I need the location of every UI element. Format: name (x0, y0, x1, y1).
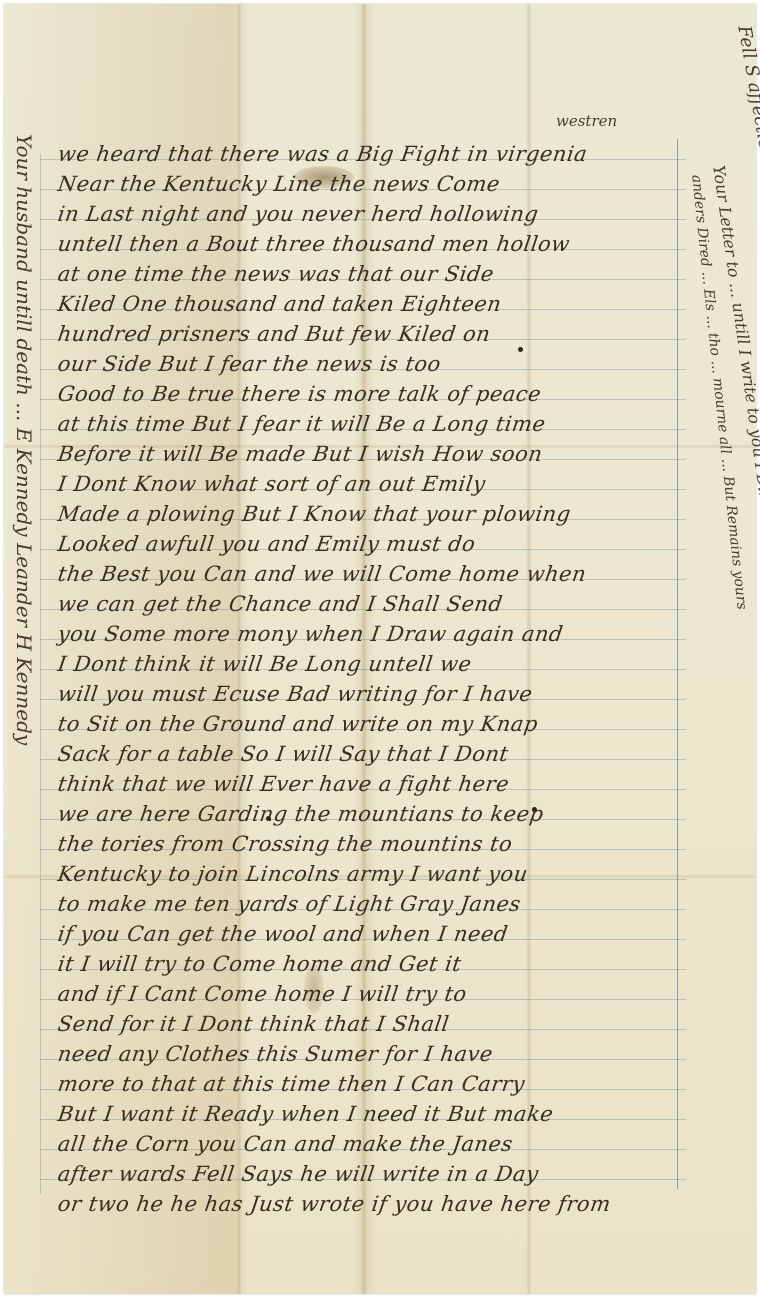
fold-crease (236, 4, 242, 1294)
letter-line: in Last night and you never herd hollowi… (56, 202, 540, 226)
letter-line: you Some more mony when I Draw again and (56, 622, 564, 646)
letter-line: Kiled One thousand and taken Eighteen (56, 292, 503, 316)
letter-line: at one time the news was that our Side (56, 262, 495, 286)
letter-line: will you must Ecuse Bad writing for I ha… (56, 682, 534, 706)
letter-line: hundred prisners and But few Kiled on (56, 322, 492, 346)
letter-line: we are here Garding the mountians to kee… (56, 802, 545, 826)
letter-line: Kentucky to join Lincolns army I want yo… (56, 862, 529, 886)
letter-line: think that we will Ever have a fight her… (56, 772, 510, 796)
letter-line: our Side But I fear the news is too (56, 352, 442, 376)
letter-line: after wards Fell Says he will write in a… (56, 1162, 540, 1186)
letter-line: it I will try to Come home and Get it (56, 952, 463, 976)
pin-hole (518, 347, 523, 352)
letter-line: more to that at this time then I Can Car… (56, 1072, 526, 1096)
letter-line: Looked awfull you and Emily must do (56, 532, 477, 556)
letter-line: untell then a Bout three thousand men ho… (56, 232, 571, 256)
letter-line: if you Can get the wool and when I need (56, 922, 509, 946)
letter-line: and if I Cant Come home I will try to (56, 982, 468, 1006)
letter-line: Before it will Be made But I wish How so… (56, 442, 544, 466)
left-margin-signature: Your husband untill death ... E Kennedy … (12, 134, 36, 745)
letter-line: the Best you Can and we will Come home w… (56, 562, 588, 586)
letter-line: to make me ten yards of Light Gray Janes (56, 892, 522, 916)
letter-line: Sack for a table So I will Say that I Do… (56, 742, 510, 766)
line-insertion: westren (556, 112, 617, 130)
letter-line: the tories from Crossing the mountins to (56, 832, 514, 856)
letter-line: But I want it Ready when I need it But m… (56, 1102, 555, 1126)
letter-line: we can get the Chance and I Shall Send (56, 592, 504, 616)
letter-line: Near the Kentucky Line the news Come (56, 172, 501, 196)
letter-line: or two he he has Just wrote if you have … (56, 1192, 612, 1216)
letter-paper: westren we heard that there was a Big Fi… (4, 4, 756, 1294)
letter-line: need any Clothes this Sumer for I have (56, 1042, 494, 1066)
letter-line: Made a plowing But I Know that your plow… (56, 502, 572, 526)
letter-line: I Dont think it will Be Long untell we (56, 652, 473, 676)
letter-line: at this time But I fear it will Be a Lon… (56, 412, 547, 436)
letter-line: all the Corn you Can and make the Janes (56, 1132, 514, 1156)
letter-line: Send for it I Dont think that I Shall (56, 1012, 450, 1036)
letter-line: we heard that there was a Big Fight in v… (56, 142, 589, 166)
fold-crease (526, 4, 532, 1294)
letter-line: I Dont Know what sort of an out Emily (56, 472, 487, 496)
letter-line: Good to Be true there is more talk of pe… (56, 382, 543, 406)
left-margin-rule (40, 154, 41, 1194)
letter-line: to Sit on the Ground and write on my Kna… (56, 712, 539, 736)
fold-crease (361, 4, 367, 1294)
margin-rule (677, 139, 678, 1189)
